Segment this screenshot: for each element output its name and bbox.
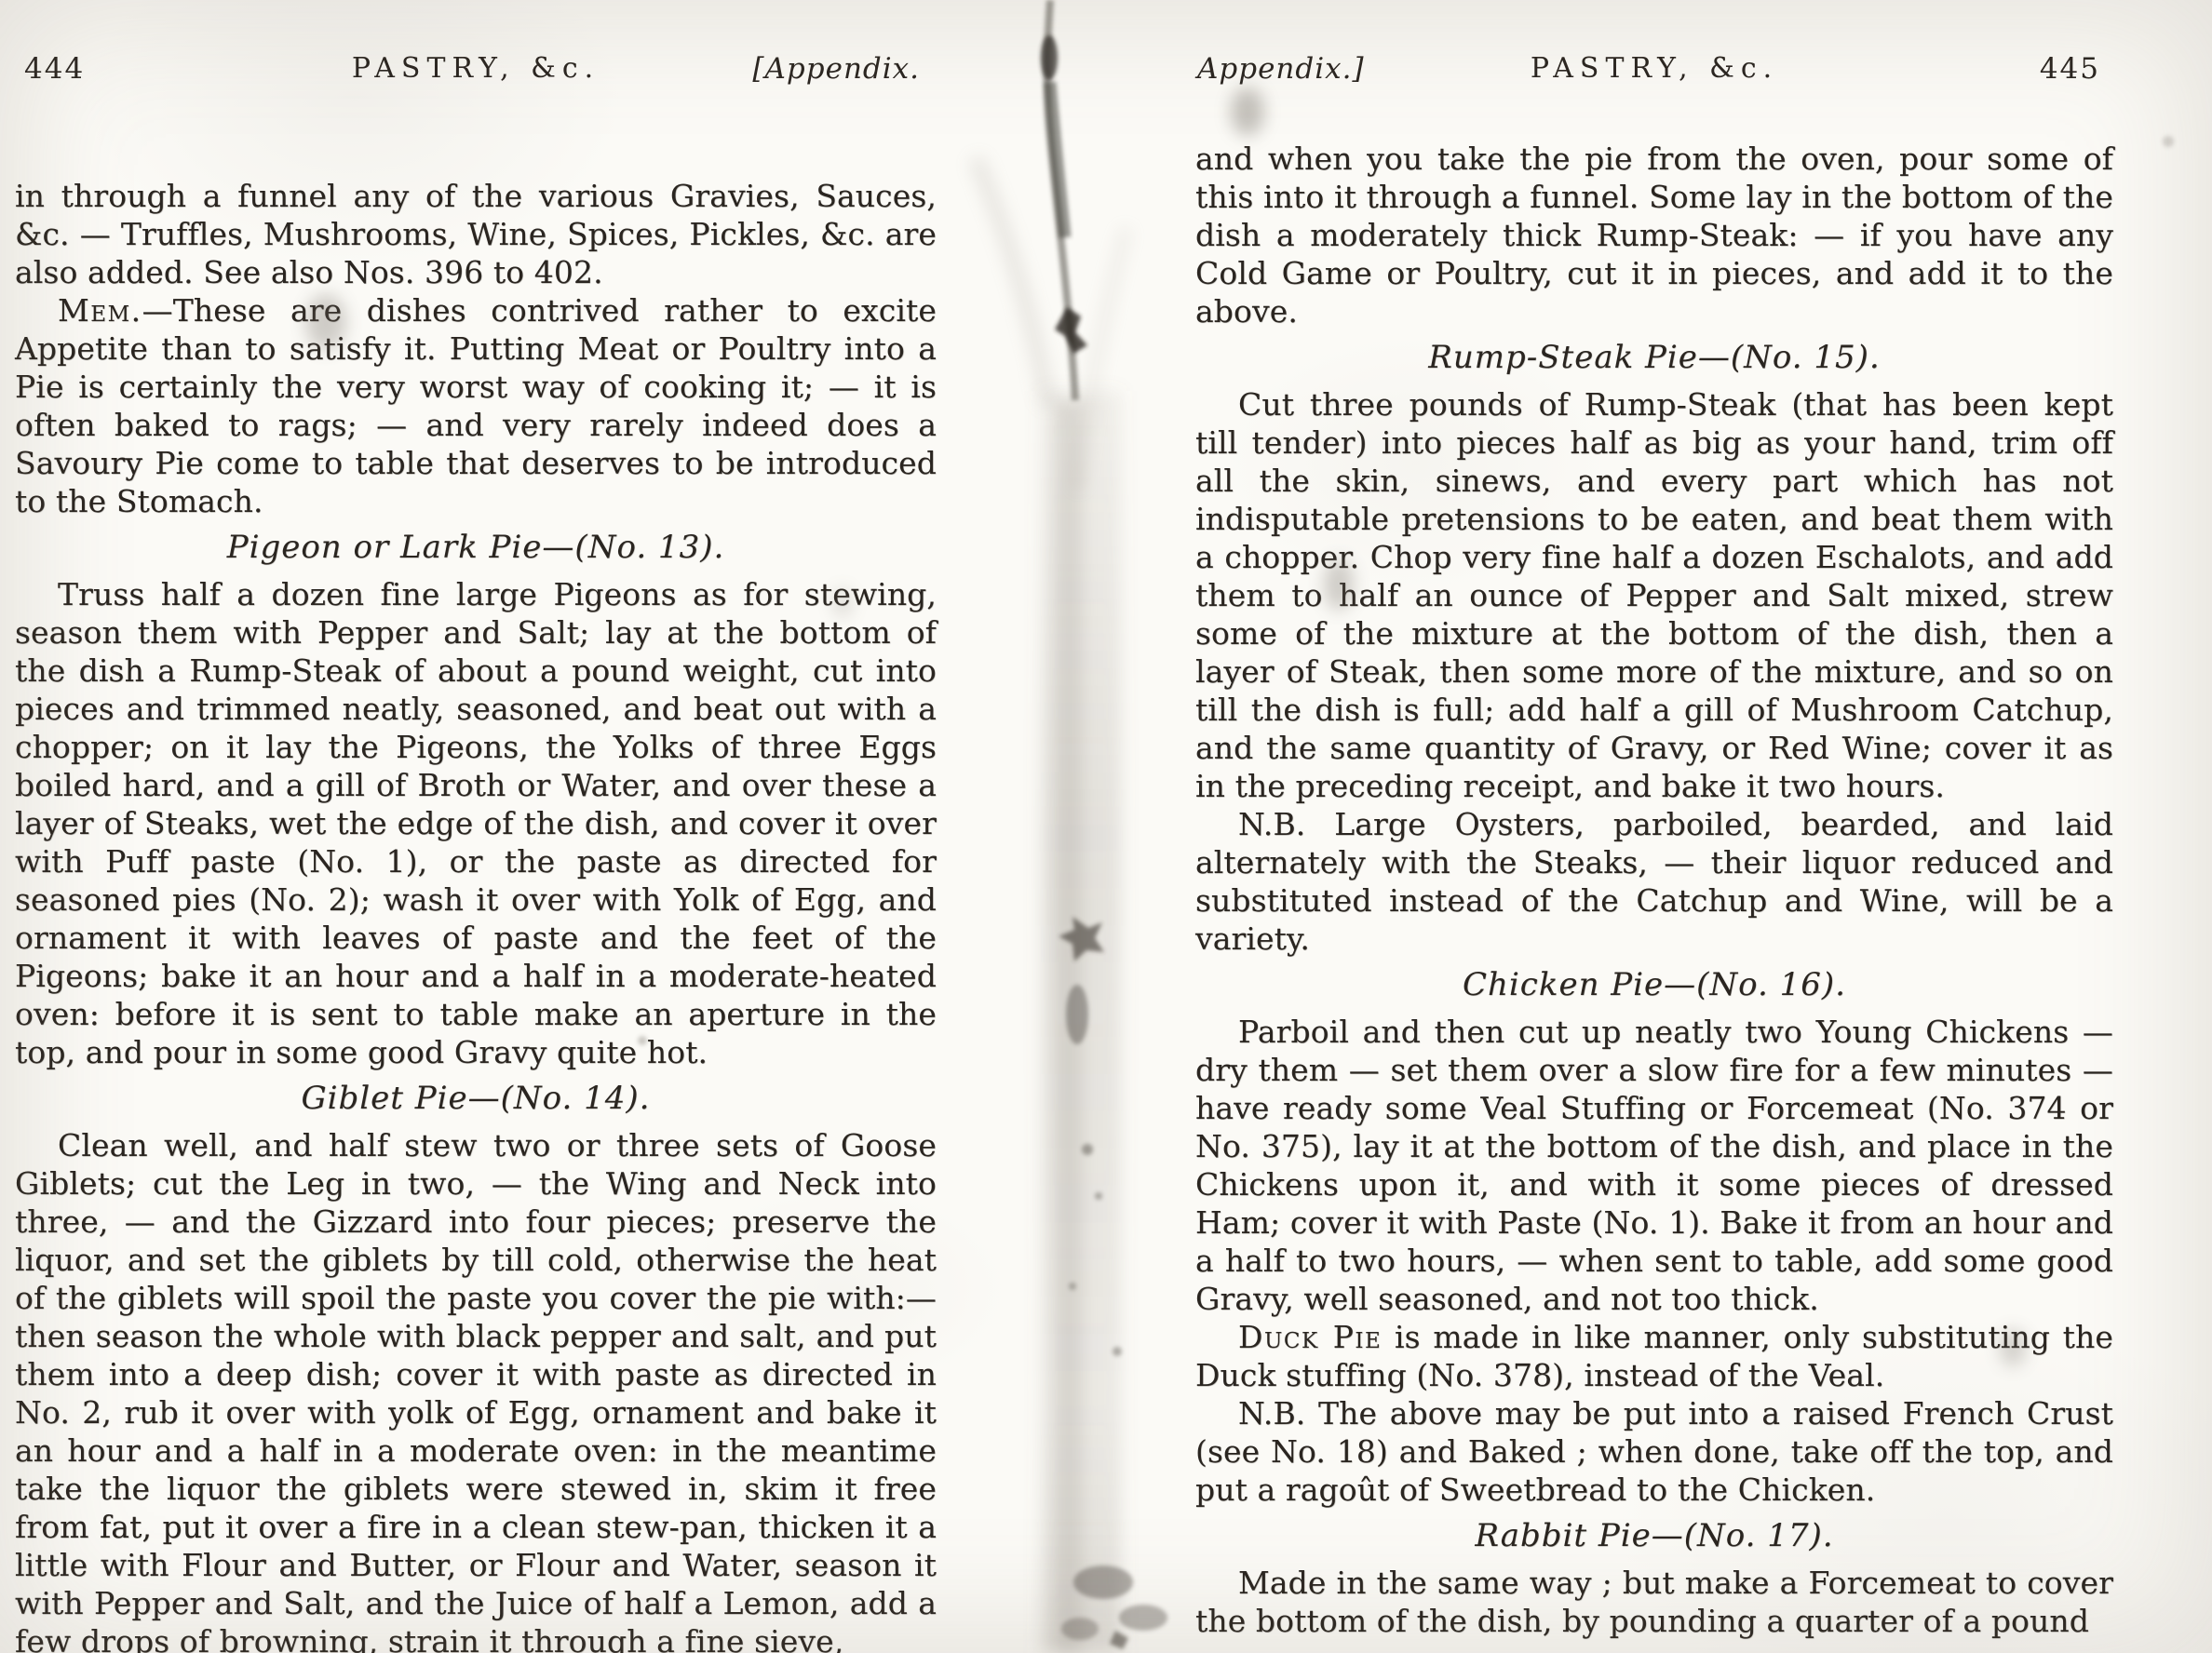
recipe-heading-pigeon-or-lark-pie: Pigeon or Lark Pie—(No. 13).: [15, 529, 937, 567]
recipe-heading-giblet-pie: Giblet Pie—(No. 14).: [15, 1080, 937, 1118]
paragraph: Mem.—These are dishes contrived rather t…: [15, 291, 937, 520]
paragraph-text: —These are dishes contrived rather to ex…: [15, 292, 937, 519]
paragraph: Clean well, and half stew two or three s…: [15, 1126, 937, 1653]
paragraph: in through a funnel any of the various G…: [15, 177, 937, 291]
page-number-right: 445: [2040, 50, 2100, 87]
recipe-heading-rabbit-pie: Rabbit Pie—(No. 17).: [1195, 1517, 2113, 1555]
paragraph: Duck Pie is made in like manner, only su…: [1195, 1318, 2113, 1394]
book-scan: 444 PASTRY, &c. [Appendix. in through a …: [0, 0, 2212, 1653]
page-left: 444 PASTRY, &c. [Appendix. in through a …: [15, 0, 937, 1653]
paragraph: Made in the same way ; but make a Forcem…: [1195, 1564, 2113, 1640]
running-title-right: PASTRY, &c.: [1195, 50, 2113, 87]
paragraph: and when you take the pie from the oven,…: [1195, 140, 2113, 330]
page-header-left: 444 PASTRY, &c. [Appendix.: [15, 50, 937, 87]
recipe-heading-chicken-pie: Chicken Pie—(No. 16).: [1195, 966, 2113, 1004]
duck-pie-lead: Duck Pie: [1238, 1319, 1382, 1355]
memorandum-lead: Mem.: [58, 292, 142, 329]
paragraph: Parboil and then cut up neatly two Young…: [1195, 1013, 2113, 1318]
paragraph: N.B. The above may be put into a raised …: [1195, 1394, 2113, 1509]
page-header-right: Appendix.] PASTRY, &c. 445: [1195, 50, 2113, 87]
page-right: Appendix.] PASTRY, &c. 445 and when you …: [1195, 0, 2113, 1653]
recipe-heading-rump-steak-pie: Rump-Steak Pie—(No. 15).: [1195, 339, 2113, 377]
appendix-label-left: [Appendix.: [752, 50, 920, 87]
paragraph: Truss half a dozen fine large Pigeons as…: [15, 575, 937, 1071]
paragraph: N.B. Large Oysters, parboiled, bearded, …: [1195, 805, 2113, 958]
paragraph: Cut three pounds of Rump-Steak (that has…: [1195, 385, 2113, 805]
